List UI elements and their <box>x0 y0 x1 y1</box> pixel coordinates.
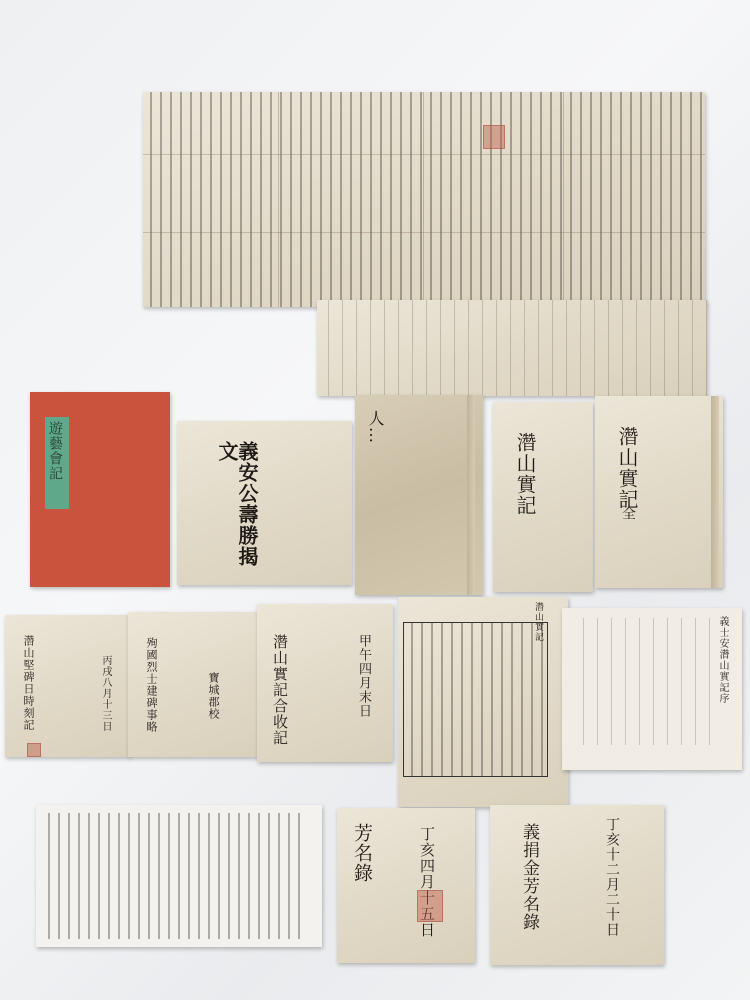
open-book-page: 濳山實記 <box>398 597 568 807</box>
memorial-book: 義安公壽勝揭文 <box>177 421 352 585</box>
worn-book: 人… <box>355 395 483 595</box>
booklet-title: 殉國烈士建碑事略 <box>146 637 157 733</box>
booklet-date: 甲午四月末日 <box>357 634 370 718</box>
calligraphy-letter-lower <box>317 300 707 396</box>
book-title: 義安公壽勝揭文 <box>217 441 257 585</box>
book-title: 遊藝會記 <box>48 421 62 481</box>
folded-booklet-3: 濳山實記合收記 甲午四月末日 <box>257 604 393 762</box>
calligraphy-letter <box>143 92 705 307</box>
booklet-subtitle: 寶城郡校 <box>208 672 219 720</box>
book-title: 濳山實記 <box>515 432 535 516</box>
book-title-label: 遊藝會記 <box>45 417 69 509</box>
book-title: 義捐金芳名錄 <box>520 823 537 931</box>
booklet-date: 丙戌八月十三日 <box>100 655 110 732</box>
jamsan-silgi-book-1: 濳山實記 <box>493 402 593 592</box>
preface-title: 義士安濳山實記序 <box>717 616 727 704</box>
fangming-book-2: 義捐金芳名錄 丁亥十二月二十日 <box>490 805 664 965</box>
manuscript-sheet <box>36 805 322 947</box>
book-date: 丁亥十二月二十日 <box>605 817 619 937</box>
book-suffix: 全 <box>621 506 635 521</box>
red-seal <box>483 125 505 149</box>
page-header: 濳山實記 <box>533 602 542 642</box>
preface-sheet: 義士安濳山實記序 <box>562 608 742 770</box>
booklet-title: 濳山實記合收記 <box>272 634 287 746</box>
book-title: 濳山實記 <box>617 426 637 510</box>
red-cover-book: 遊藝會記 <box>30 392 170 587</box>
folded-booklet-2: 殉國烈士建碑事略 寶城郡校 <box>128 612 258 757</box>
book-title: 芳名錄 <box>352 823 371 883</box>
booklet-title: 濳山堅碑日時刻記 <box>23 635 34 731</box>
folded-booklet-1: 濳山堅碑日時刻記 丙戌八月十三日 <box>5 615 130 757</box>
fangming-book-1: 芳名錄 丁亥四月十五日 <box>337 808 475 963</box>
jamsan-silgi-book-2: 濳山實記 全 <box>595 396 723 588</box>
book-title: 人… <box>367 410 383 444</box>
